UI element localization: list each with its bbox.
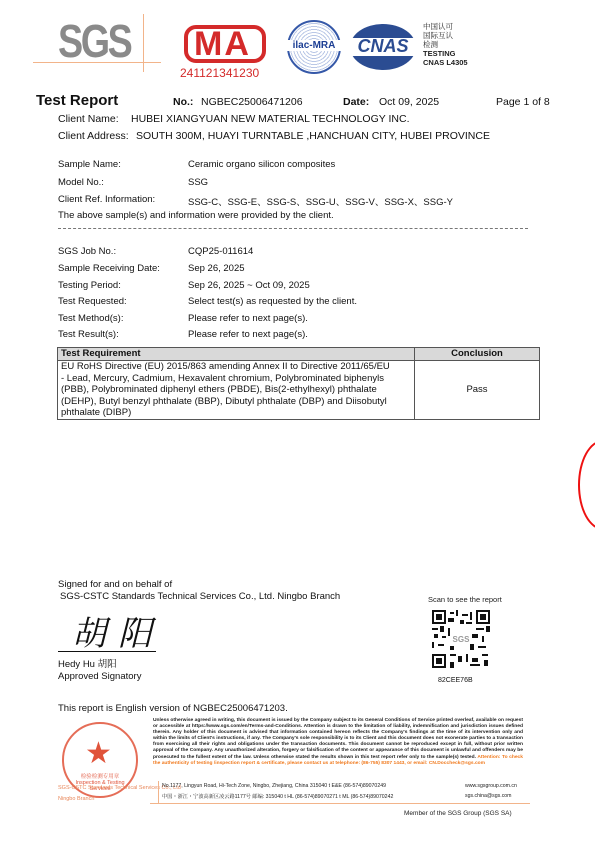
- cnas-accreditation-text: 中国认可 国际互认 检测 TESTING CNAS L4305: [423, 22, 468, 67]
- page-number: Page 1 of 8: [496, 96, 550, 108]
- requirement-cell: EU RoHS Directive (EU) 2015/863 amending…: [58, 361, 415, 420]
- logo-divider: [33, 62, 161, 63]
- cnas-side-line: 国际互认: [423, 31, 468, 40]
- sgs-logo: SGS: [58, 14, 130, 68]
- address-chinese: 中国・浙江・宁波高新区凌云路1177号 邮编: 315040 t HL (86-…: [162, 793, 393, 800]
- field-label: Test Method(s):: [58, 313, 123, 324]
- client-name-label: Client Name:: [58, 113, 119, 125]
- conclusion-cell: Pass: [415, 361, 540, 420]
- seal-title: 检验检测专用章: [66, 772, 134, 780]
- field-value: CQP25-011614: [188, 246, 253, 257]
- field-label: Sample Name:: [58, 159, 121, 170]
- field-value: Please refer to next page(s).: [188, 313, 308, 324]
- member-text: Member of the SGS Group (SGS SA): [404, 810, 512, 817]
- table-header-row: Test Requirement Conclusion: [58, 348, 540, 361]
- report-date: Oct 09, 2025: [379, 96, 439, 108]
- field-label: Testing Period:: [58, 280, 121, 291]
- report-title: Test Report: [36, 92, 118, 109]
- cma-number: 241121341230: [180, 66, 259, 80]
- cnas-side-line: 检测: [423, 40, 468, 49]
- qr-label: Scan to see the report: [428, 595, 502, 604]
- cnas-side-line: TESTING: [423, 49, 468, 58]
- company-seal-partial: [578, 440, 595, 530]
- requirement-line: (DEHP), Butyl benzyl phthalate (BBP), Di…: [61, 396, 411, 408]
- field-value: Ceramic organo silicon composites: [188, 159, 335, 170]
- signature-line: [58, 651, 156, 652]
- english-version-note: This report is English version of NGBEC2…: [58, 703, 288, 714]
- legal-disclaimer: Unless otherwise agreed in writing, this…: [153, 718, 523, 767]
- field-label: Test Result(s):: [58, 329, 119, 340]
- field-value: SSG-C、SSG-E、SSG-S、SSG-U、SSG-V、SSG-X、SSG-…: [188, 194, 453, 208]
- field-value: SSG: [188, 177, 208, 188]
- column-header: Conclusion: [415, 348, 540, 361]
- client-address-label: Client Address:: [58, 130, 129, 142]
- requirement-line: phthalate (DIBP): [61, 407, 411, 419]
- qr-center-logo: SGS: [453, 635, 471, 644]
- signing-company: SGS-CSTC Standards Technical Services Co…: [60, 591, 340, 602]
- handwritten-signature: 胡阳: [72, 606, 164, 655]
- qr-code[interactable]: SGS: [432, 604, 490, 674]
- address-english: No.1177, Lingyun Road, Hi-Tech Zone, Nin…: [162, 783, 386, 789]
- seal-branch: Ningbo Branch: [58, 796, 94, 802]
- client-name: HUBEI XIANGYUAN NEW MATERIAL TECHNOLOGY …: [131, 113, 410, 125]
- signatory-name: Hedy Hu 胡阳: [58, 656, 117, 670]
- requirement-line: (PBB), Polybrominated diphenyl ethers (P…: [61, 384, 411, 396]
- logo-divider: [143, 14, 144, 72]
- field-label: Client Ref. Information:: [58, 194, 155, 205]
- cnas-side-line: CNAS L4305: [423, 58, 468, 67]
- signatory-role: Approved Signatory: [58, 671, 141, 682]
- cnas-label: CNAS: [350, 36, 416, 57]
- test-requirement-table: Test Requirement Conclusion EU RoHS Dire…: [57, 347, 540, 420]
- field-label: SGS Job No.:: [58, 246, 116, 257]
- section-divider: [58, 228, 528, 229]
- field-value: Sep 26, 2025 ~ Oct 09, 2025: [188, 280, 310, 291]
- field-value: Sep 26, 2025: [188, 263, 245, 274]
- report-number: NGBEC25006471206: [201, 96, 303, 108]
- field-value: Please refer to next page(s).: [188, 329, 308, 340]
- requirement-line: EU RoHS Directive (EU) 2015/863 amending…: [61, 361, 411, 373]
- cnas-side-line: 中国认可: [423, 22, 468, 31]
- signed-on-behalf: Signed for and on behalf of: [58, 579, 172, 590]
- sample-note-text: The above sample(s) and information were…: [58, 210, 334, 221]
- website-link[interactable]: www.sgsgroup.com.cn: [465, 783, 517, 789]
- field-label: Sample Receiving Date:: [58, 263, 160, 274]
- requirement-line: - Lead, Mercury, Cadmium, Hexavalent chr…: [61, 373, 411, 385]
- report-number-label: No.:: [173, 96, 193, 108]
- footer-line: [150, 803, 530, 804]
- qr-verification-code: 82CEE76B: [438, 677, 473, 684]
- field-label: Model No.:: [58, 177, 104, 188]
- column-header: Test Requirement: [58, 348, 415, 361]
- date-label: Date:: [343, 96, 369, 108]
- client-address: SOUTH 300M, HUAYI TURNTABLE ,HANCHUAN CI…: [136, 130, 490, 142]
- cma-logo: MA: [194, 25, 251, 64]
- disclaimer-text: Unless otherwise agreed in writing, this…: [153, 718, 523, 760]
- star-icon: ★: [85, 736, 112, 771]
- footer-divider: [158, 781, 159, 803]
- table-row: EU RoHS Directive (EU) 2015/863 amending…: [58, 361, 540, 420]
- ilac-mra-label: ilac-MRA: [283, 40, 345, 51]
- field-value: Select test(s) as requested by the clien…: [188, 296, 357, 307]
- email-link[interactable]: sgs.china@sgs.com: [465, 793, 512, 799]
- field-label: Test Requested:: [58, 296, 127, 307]
